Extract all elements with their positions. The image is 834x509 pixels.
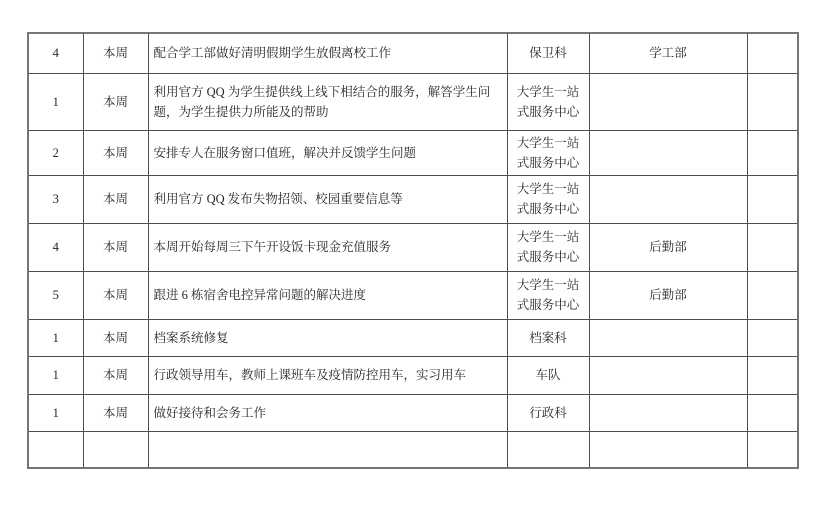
dept-cell: 保卫科 [507,33,589,73]
count-cell: 4 [28,223,83,271]
count-cell: 1 [28,73,83,130]
count-cell: 1 [28,394,83,431]
remark-cell [747,73,798,130]
table-row: 1 本周 利用官方 QQ 为学生提供线上线下相结合的服务，解答学生问题，为学生提… [28,73,798,130]
dept-cell: 大学生一站式服务中心 [507,73,589,130]
co-dept-cell [589,73,747,130]
remark-cell [747,356,798,394]
co-dept-cell [589,130,747,175]
co-dept-cell [589,394,747,431]
table-row: 4 本周 本周开始每周三下午开设饭卡现金充值服务 大学生一站式服务中心 后勤部 [28,223,798,271]
task-cell: 安排专人在服务窗口值班，解决并反馈学生问题 [148,130,507,175]
count-cell: 3 [28,175,83,223]
dept-cell: 行政科 [507,394,589,431]
remark-cell [747,175,798,223]
count-cell: 4 [28,33,83,73]
remark-cell [747,394,798,431]
period-cell [83,431,148,468]
co-dept-cell: 学工部 [589,33,747,73]
task-cell: 档案系统修复 [148,319,507,356]
task-cell: 本周开始每周三下午开设饭卡现金充值服务 [148,223,507,271]
count-cell: 1 [28,356,83,394]
count-cell: 1 [28,319,83,356]
dept-cell: 大学生一站式服务中心 [507,130,589,175]
task-cell: 跟进 6 栋宿舍电控异常问题的解决进度 [148,271,507,319]
dept-cell: 大学生一站式服务中心 [507,175,589,223]
task-cell: 利用官方 QQ 为学生提供线上线下相结合的服务，解答学生问题，为学生提供力所能及… [148,73,507,130]
period-cell: 本周 [83,319,148,356]
document-page: 4 本周 配合学工部做好清明假期学生放假离校工作 保卫科 学工部 1 本周 利用… [27,32,799,469]
table-row: 4 本周 配合学工部做好清明假期学生放假离校工作 保卫科 学工部 [28,33,798,73]
co-dept-cell [589,319,747,356]
task-cell: 利用官方 QQ 发布失物招领、校园重要信息等 [148,175,507,223]
co-dept-cell [589,175,747,223]
table-row: 3 本周 利用官方 QQ 发布失物招领、校园重要信息等 大学生一站式服务中心 [28,175,798,223]
remark-cell [747,130,798,175]
count-cell: 5 [28,271,83,319]
table-row: 1 本周 做好接待和会务工作 行政科 [28,394,798,431]
dept-cell: 车队 [507,356,589,394]
table-row: 2 本周 安排专人在服务窗口值班，解决并反馈学生问题 大学生一站式服务中心 [28,130,798,175]
task-cell: 配合学工部做好清明假期学生放假离校工作 [148,33,507,73]
period-cell: 本周 [83,175,148,223]
table-row: 1 本周 档案系统修复 档案科 [28,319,798,356]
remark-cell [747,271,798,319]
period-cell: 本周 [83,130,148,175]
dept-cell: 档案科 [507,319,589,356]
work-plan-table: 4 本周 配合学工部做好清明假期学生放假离校工作 保卫科 学工部 1 本周 利用… [27,32,799,469]
table-row [28,431,798,468]
period-cell: 本周 [83,73,148,130]
task-cell [148,431,507,468]
co-dept-cell [589,431,747,468]
period-cell: 本周 [83,33,148,73]
co-dept-cell [589,356,747,394]
count-cell [28,431,83,468]
task-cell: 做好接待和会务工作 [148,394,507,431]
task-cell: 行政领导用车，教师上课班车及疫情防控用车，实习用车 [148,356,507,394]
dept-cell: 大学生一站式服务中心 [507,223,589,271]
table-row: 1 本周 行政领导用车，教师上课班车及疫情防控用车，实习用车 车队 [28,356,798,394]
remark-cell [747,33,798,73]
period-cell: 本周 [83,223,148,271]
remark-cell [747,431,798,468]
co-dept-cell: 后勤部 [589,271,747,319]
count-cell: 2 [28,130,83,175]
period-cell: 本周 [83,271,148,319]
dept-cell [507,431,589,468]
dept-cell: 大学生一站式服务中心 [507,271,589,319]
period-cell: 本周 [83,394,148,431]
co-dept-cell: 后勤部 [589,223,747,271]
remark-cell [747,223,798,271]
period-cell: 本周 [83,356,148,394]
remark-cell [747,319,798,356]
table-row: 5 本周 跟进 6 栋宿舍电控异常问题的解决进度 大学生一站式服务中心 后勤部 [28,271,798,319]
